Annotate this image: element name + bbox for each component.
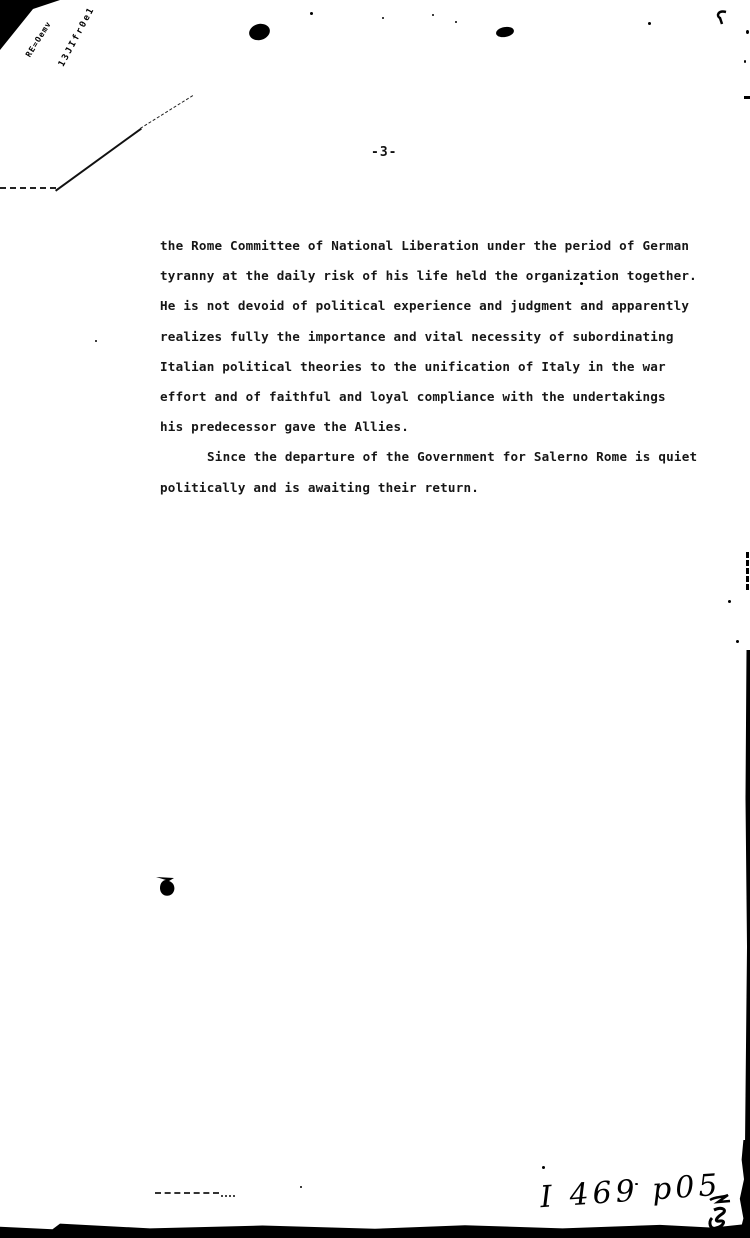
ink-speck — [310, 12, 313, 15]
typed-text-line: Since the departure of the Government fo… — [160, 442, 680, 472]
ink-speck — [382, 17, 384, 19]
ink-speck — [744, 60, 746, 63]
ink-speck — [736, 640, 739, 643]
ink-speck — [455, 21, 457, 23]
ink-blot — [247, 22, 271, 43]
ink-speck — [580, 282, 583, 285]
typed-text-line: tyranny at the daily risk of his life he… — [160, 261, 680, 291]
ink-blot — [495, 26, 514, 39]
ink-speck — [648, 22, 651, 25]
scan-edge-dashed-line — [746, 552, 749, 590]
scan-edge-tick — [744, 96, 750, 99]
scan-edge-bar — [745, 650, 750, 1145]
ink-speck — [95, 340, 97, 342]
paper-crease-segment — [55, 128, 142, 192]
page-number: -3- — [371, 145, 397, 160]
paper-crease-segment — [140, 95, 193, 129]
ink-speck — [746, 30, 749, 34]
scan-edge-bar — [738, 1140, 750, 1238]
ink-smudge — [152, 868, 192, 908]
scanned-document-page: RE=Oemv 13JIfr0e1 -3- the Rome Committee… — [0, 0, 750, 1238]
ink-speck — [300, 1186, 302, 1188]
ink-curl — [712, 8, 734, 30]
corner-stamp-line1: RE=Oemv — [24, 19, 53, 58]
ink-speck — [432, 14, 434, 16]
typed-text-block: the Rome Committee of National Liberatio… — [160, 231, 680, 503]
typed-text-line: the Rome Committee of National Liberatio… — [160, 231, 680, 261]
ink-speck — [542, 1166, 545, 1169]
faint-dash-marks — [155, 1192, 219, 1194]
typed-text-line: politically and is awaiting their return… — [160, 473, 680, 503]
paper-crease-segment — [0, 187, 56, 189]
ink-speck — [728, 600, 731, 603]
ink-speck — [635, 1183, 638, 1185]
corner-stamp-line2: 13JIfr0e1 — [57, 5, 97, 69]
typed-text-line: Italian political theories to the unific… — [160, 352, 680, 382]
faint-dash-marks — [221, 1195, 235, 1197]
handwritten-archive-note: I 469 p05 — [539, 1168, 723, 1216]
scan-bottom-bar — [0, 1222, 750, 1238]
typed-text-line: effort and of faithful and loyal complia… — [160, 382, 680, 412]
typed-text-line: He is not devoid of political experience… — [160, 291, 680, 321]
typed-text-line: realizes fully the importance and vital … — [160, 322, 680, 352]
typed-text-line: his predecessor gave the Allies. — [160, 412, 680, 442]
